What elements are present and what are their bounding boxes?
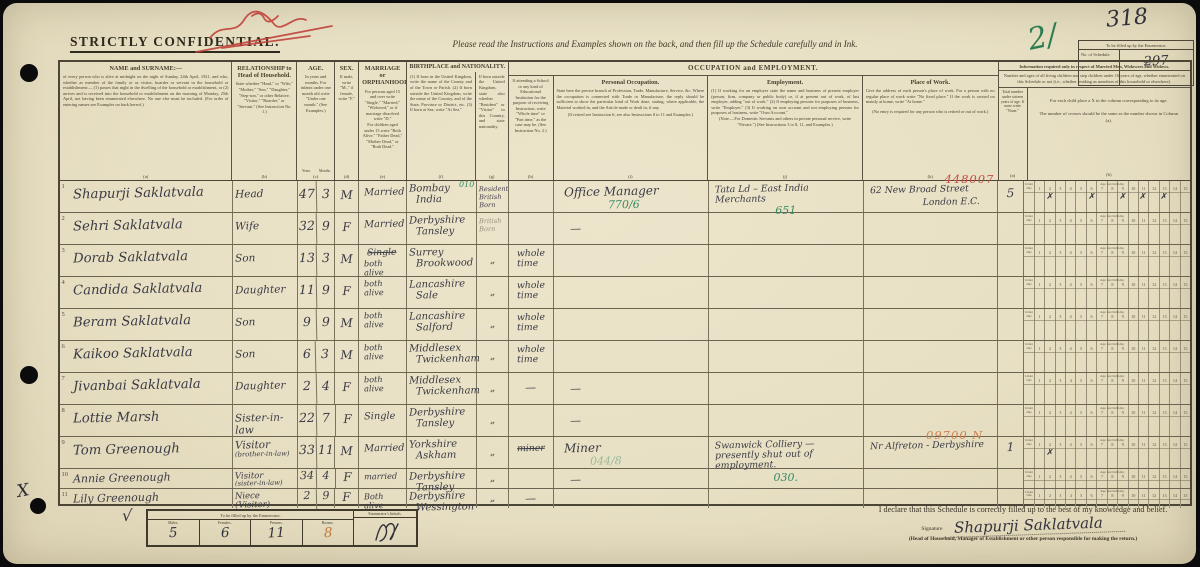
age-grid-col-under-one: Under One [1024, 373, 1033, 404]
age-months-value: 9 [315, 213, 335, 244]
age-last-birthday-caption: Age last birthday [1100, 246, 1124, 250]
children-grid-cell: Under One123456789101112131415Age last b… [1024, 181, 1190, 212]
total-children-label: Total number under sixteen years of age.… [1001, 90, 1024, 114]
fill-instruction-text: Please read the Instructions and Example… [385, 39, 925, 49]
age-grid-number: 9 [1118, 186, 1127, 191]
child-age-cross: ✗ [1088, 192, 1096, 203]
age-grid-number: 3 [1056, 493, 1065, 498]
children-grid-cell: Under One123456789101112131415Age last b… [1024, 341, 1190, 372]
children-age-grid: Under One123456789101112131415Age last b… [1024, 437, 1190, 468]
age-grid-col: 11 [1138, 405, 1148, 436]
age-grid-col: 12 [1148, 277, 1158, 308]
age-months-label: Months. [316, 169, 334, 173]
occupation-cell [554, 489, 709, 509]
age-grid-number: 2 [1045, 282, 1054, 287]
age-grid-number: 6 [1087, 474, 1096, 479]
age-years-value: 13 [297, 245, 316, 276]
birthplace-town: Tansley [409, 225, 474, 237]
table-body: 1Shapurji SaklatvalaHead473MMarried010Bo… [60, 181, 1190, 508]
place-of-work-cell [864, 245, 999, 276]
place-of-work-cell [864, 213, 999, 244]
age-years-value: 2 [297, 373, 316, 404]
age-grid-col: 15 [1180, 405, 1190, 436]
age-grid-number: 4 [1066, 186, 1075, 191]
age-grid-col: 11 [1138, 341, 1148, 372]
sex-cell: M [335, 309, 359, 340]
age-grid-number: 5 [1076, 493, 1085, 498]
age-grid-col-under-one: Under One [1024, 437, 1033, 468]
age-grid-col: 9 [1117, 213, 1127, 244]
person-name: Sehri Saklatvala [62, 212, 230, 235]
age-grid-col: 3 [1055, 437, 1065, 468]
age-grid-number: 15 [1181, 378, 1190, 383]
age-grid-number: 11 [1139, 378, 1148, 383]
ditto-mark: „ [479, 406, 506, 427]
age-grid-col: 3 [1055, 405, 1065, 436]
age-grid-number: 14 [1170, 410, 1179, 415]
age-grid-col: 14 [1169, 309, 1179, 340]
place-of-work-value-2: London E.C. [866, 194, 996, 210]
birthplace-cell: YorkshireAskham [407, 437, 477, 468]
age-grid-col: 4 [1065, 437, 1075, 468]
person-name: Jivanbai Saklatvala [62, 372, 230, 395]
age-grid-number: 12 [1149, 186, 1158, 191]
age-grid-number: 10 [1129, 410, 1138, 415]
marriage-cell: both alive [359, 341, 407, 372]
age-grid-number: 4 [1066, 314, 1075, 319]
place-of-work-cell: 44800762 New Broad StreetLondon E.C. [864, 181, 999, 212]
age-grid-number: 10 [1129, 282, 1138, 287]
age-months-value: 4 [315, 373, 335, 404]
persons-value: 11 [251, 523, 302, 542]
age-grid-number: 7 [1097, 186, 1106, 191]
age-grid-divider [1024, 288, 1190, 289]
age-grid-col: 4 [1065, 309, 1075, 340]
age-grid-divider [1024, 256, 1190, 257]
employment-value: Swanwick Colliery — presently shut out o… [711, 436, 861, 472]
age-grid-number: 6 [1087, 493, 1096, 498]
employment-cell [709, 373, 864, 404]
sex-value: M [337, 310, 356, 331]
age-grid-number: 13 [1160, 218, 1169, 223]
age-grid-col: 1 [1034, 405, 1044, 436]
children-age-grid: Under One123456789101112131415Age last b… [1024, 469, 1190, 488]
age-grid-col: 1 [1034, 213, 1044, 244]
sex-cell: M [335, 437, 359, 468]
age-grid-number: 14 [1170, 218, 1179, 223]
child-age-cross: ✗ [1046, 448, 1054, 459]
age-grid-col: 15 [1180, 341, 1190, 372]
age-grid-number: 15 [1181, 314, 1190, 319]
age-grid-number: 6 [1087, 218, 1096, 223]
age-grid-number: 11 [1139, 442, 1148, 447]
age-grid-number: 13 [1160, 346, 1169, 351]
age-grid-col: 14 [1169, 245, 1179, 276]
relationship-value: Daughter [234, 277, 294, 297]
col-header-sex: SEX. If male, write "M.," if female, wri… [335, 62, 359, 180]
age-grid-col: 1 [1034, 181, 1044, 212]
age-grid-col: 12 [1148, 341, 1158, 372]
age-grid-col: 1 [1034, 277, 1044, 308]
age-grid-col: 8 [1107, 341, 1117, 372]
age-grid-number: 13 [1160, 493, 1169, 498]
birthplace-town: Askham [409, 449, 474, 461]
relationship-cell: Niece (Visitor) [233, 489, 298, 509]
enumerator-box-title: To be filled up by the Enumerator. [148, 511, 353, 520]
age-months-value: 9 [315, 488, 334, 508]
age-grid-number: 3 [1056, 186, 1065, 191]
age-grid-col: 11 [1138, 469, 1148, 488]
ditto-mark: „ [479, 489, 506, 504]
occupation-group-title: OCCUPATION and EMPLOYMENT. [509, 62, 998, 76]
place-of-work-value: Nr Alfreton - Derbyshire [865, 437, 995, 453]
age-grid-col: 14 [1169, 469, 1179, 488]
table-row: 10Annie GreenoughVisitor(sister-in-law)3… [60, 469, 1190, 489]
relationship-value: Son [234, 341, 294, 361]
total-children-cell [998, 245, 1024, 276]
age-grid-number: 8 [1108, 493, 1117, 498]
age-cell: 329 [298, 213, 336, 244]
age-grid-col: 6 [1086, 437, 1096, 468]
occupation-cell: — [554, 469, 709, 488]
age-grid-col: 12 [1148, 213, 1158, 244]
col-letter: (i) [554, 174, 708, 179]
age-grid-number: 2 [1045, 410, 1054, 415]
age-grid-columns: Under One123456789101112131415 [1024, 277, 1190, 308]
table-row: 6Kaikoo SaklatvalaSon63Mboth aliveMiddle… [60, 341, 1190, 373]
age-grid-col: 12 [1148, 181, 1158, 212]
sex-value: F [337, 470, 356, 485]
age-grid-col: 5 [1075, 437, 1085, 468]
sex-cell: F [335, 277, 359, 308]
name-cell: 4Candida Saklatvala [60, 277, 233, 308]
occupation-dash: — [556, 404, 706, 427]
married-section-bottom: Total number under sixteen years of age.… [999, 88, 1190, 180]
total-children-value: 5 [1000, 182, 1021, 201]
sex-col-title: SEX. [338, 65, 355, 72]
employment-cell [709, 245, 864, 276]
under-one-label: Under One [1024, 471, 1033, 478]
col-letter: (a) [60, 174, 231, 179]
marriage-cell: Single [359, 405, 407, 436]
children-age-grid: Under One123456789101112131415Age last b… [1024, 309, 1190, 340]
education-cell: — [509, 489, 554, 509]
age-grid-number: 7 [1097, 282, 1106, 287]
place-of-work-cell [864, 341, 999, 372]
age-grid-number: 2 [1045, 250, 1054, 255]
age-grid-number: 4 [1066, 282, 1075, 287]
age-last-birthday-caption: Age last birthday [1100, 406, 1124, 410]
age-grid-number: 8 [1108, 282, 1117, 287]
education-cell [509, 405, 554, 436]
signature-label: Signature [921, 526, 942, 532]
children-grid-cell: Under One123456789101112131415Age last b… [1024, 277, 1190, 308]
age-cell: 24 [298, 373, 336, 404]
age-grid-number: 7 [1097, 314, 1106, 319]
name-cell: 7Jivanbai Saklatvala [60, 373, 233, 404]
col-header-marriage: MARRIAGE or ORPHANHOOD. For persons aged… [359, 62, 407, 180]
age-grid-col: 1 [1034, 437, 1044, 468]
birthplace-cell: DerbyshireTansley [407, 469, 477, 488]
age-grid-number: 4 [1066, 474, 1075, 479]
marriage-cell: Singleboth alive [359, 245, 407, 276]
age-grid-col: 2 [1044, 309, 1054, 340]
age-months-value: 9 [315, 277, 335, 308]
occupation-cell: — [554, 405, 709, 436]
age-grid-number: 4 [1066, 378, 1075, 383]
age-grid-col: 14 [1169, 405, 1179, 436]
age-grid-col: 2 [1044, 341, 1054, 372]
place-of-work-title: Place of Work. [866, 79, 995, 86]
age-grid-number: 2 [1045, 186, 1054, 191]
age-grid-col: 5 [1075, 181, 1085, 212]
birthplace-town: Twickenham [409, 385, 474, 397]
age-grid-number: 1 [1035, 474, 1044, 479]
nationality-cell: „ [477, 373, 509, 404]
age-grid-col: 13 [1159, 341, 1169, 372]
age-grid-col: 3 [1055, 181, 1065, 212]
age-grid-number: 12 [1149, 314, 1158, 319]
birthplace-town: Tansley [409, 417, 474, 429]
education-col-instructions: If attending a School or any kind of Edu… [512, 78, 550, 133]
age-grid-number: 10 [1129, 493, 1138, 498]
age-grid-col: 6 [1086, 469, 1096, 488]
age-grid-number: 15 [1181, 442, 1190, 447]
age-last-birthday-caption: Age last birthday [1100, 182, 1124, 186]
age-grid-number: 11 [1139, 218, 1148, 223]
age-grid-col-under-one: Under One [1024, 469, 1033, 488]
age-grid-number: 14 [1170, 186, 1179, 191]
age-grid-col: 2 [1044, 245, 1054, 276]
marriage-value: both alive [361, 258, 404, 278]
sex-cell: M [335, 181, 359, 212]
age-grid-col: 14 [1169, 213, 1179, 244]
check-annotation-mark: √ [121, 506, 133, 526]
age-grid-number: 10 [1129, 378, 1138, 383]
children-grid-cell: Under One123456789101112131415Age last b… [1024, 309, 1190, 340]
age-grid-col: 9 [1117, 245, 1127, 276]
age-cell: 344 [298, 469, 336, 488]
place-of-work-cell: Place of Work. Give the address of each … [863, 76, 998, 180]
age-grid-number: 5 [1076, 186, 1085, 191]
marriage-cell: both alive [359, 277, 407, 308]
sex-cell: F [335, 373, 359, 404]
age-grid-col: 8 [1107, 373, 1117, 404]
age-grid-col: 6 [1086, 245, 1096, 276]
age-grid-col: 15 [1180, 245, 1190, 276]
birthplace-cell: MiddlesexTwickenham [407, 373, 477, 404]
age-grid-number: 3 [1056, 410, 1065, 415]
rooms-count-cell: Rooms. 8 [303, 520, 354, 545]
marriage-cell: married [359, 469, 407, 488]
age-grid-number: 12 [1149, 218, 1158, 223]
place-of-work-cell: 09700 NNr Alfreton - Derbyshire [864, 437, 999, 468]
age-grid-col: 3 [1055, 341, 1065, 372]
age-grid-number: 1 [1035, 493, 1044, 498]
occupation-cell [554, 341, 709, 372]
census-table: NAME and SURNAME:— of every person who i… [58, 60, 1192, 506]
age-grid-col: 11 [1138, 277, 1148, 308]
age-grid-number: 1 [1035, 250, 1044, 255]
person-name: Lily Greenough [62, 488, 230, 506]
age-grid-number: 1 [1035, 442, 1044, 447]
sex-value: M [337, 342, 356, 363]
age-years-value: 6 [297, 341, 316, 372]
age-grid-number: 8 [1108, 186, 1117, 191]
relationship-cell: Head [233, 181, 298, 212]
signature-handwritten: Shapurji Saklatvala [944, 513, 1125, 538]
age-grid-number: 11 [1139, 186, 1148, 191]
nationality-cell: Resident British Born [477, 181, 509, 212]
age-grid-col: 15 [1180, 469, 1190, 488]
total-children-cell: 5 [998, 181, 1024, 212]
table-header: NAME and SURNAME:— of every person who i… [60, 62, 1190, 181]
birthplace-town: Salford [409, 321, 474, 333]
personal-occupation-instructions: State here the precise branch of Profess… [557, 88, 705, 110]
age-grid-col-under-one: Under One [1024, 277, 1033, 308]
age-grid-number: 11 [1139, 474, 1148, 479]
age-grid-col: 6 [1086, 373, 1096, 404]
total-children-cell [998, 341, 1024, 372]
education-cell [509, 213, 554, 244]
nationality-cell: British Born [477, 213, 509, 244]
age-grid-divider [1024, 416, 1190, 417]
page-number: 318 [1105, 4, 1149, 33]
sex-col-instructions: If male, write "M.," if female, write "F… [338, 74, 355, 102]
age-cell: 133 [298, 245, 336, 276]
age-grid-number: 15 [1181, 186, 1190, 191]
sex-value: F [337, 489, 356, 504]
age-grid-number: 3 [1056, 250, 1065, 255]
age-grid-col: 8 [1107, 405, 1117, 436]
nationality-cell: „ [477, 277, 509, 308]
age-grid-number: 15 [1181, 474, 1190, 479]
age-grid-number: 7 [1097, 493, 1106, 498]
marriage-col-instructions-2: For children aged under 15 write "Both A… [362, 122, 403, 150]
age-grid-number: 14 [1170, 474, 1179, 479]
birthplace-town: Brookwood [409, 257, 474, 269]
employment-cell: Employment. (1) If working for an employ… [708, 76, 863, 180]
ditto-mark: „ [479, 438, 506, 459]
age-grid-col: 8 [1107, 309, 1117, 340]
married-section-subtitle: Number and ages of all living children a… [999, 71, 1190, 87]
age-grid-col: 15 [1180, 437, 1190, 468]
employment-cell [709, 469, 864, 488]
age-grid-number: 9 [1118, 474, 1127, 479]
age-grid-col: 5 [1075, 373, 1085, 404]
age-grid-number: 8 [1108, 346, 1117, 351]
birthplace-town: Wessington [409, 501, 474, 513]
age-grid-number: 9 [1118, 282, 1127, 287]
age-years-value: 47 [297, 181, 316, 212]
relationship-cell: Visitor(brother-in-law) [233, 437, 298, 468]
table-row: 4Candida SaklatvalaDaughter119Fboth aliv… [60, 277, 1190, 309]
table-row: 2Sehri SaklatvalaWife329FMarriedDerbyshi… [60, 213, 1190, 245]
age-grid-number: 11 [1139, 493, 1148, 498]
birthplace-instructions-cell: (1) If born in the United Kingdom, write… [407, 72, 476, 180]
females-value: 6 [199, 523, 250, 542]
age-grid-number: 14 [1170, 282, 1179, 287]
education-value: whole time [511, 246, 551, 270]
age-grid-number: 6 [1087, 442, 1096, 447]
age-grid-col: 8 [1107, 245, 1117, 276]
age-grid-col-under-one: Under One [1024, 213, 1033, 244]
age-grid-divider [1024, 499, 1190, 500]
name-cell: 5Beram Saklatvala [60, 309, 233, 340]
age-grid-col: 15 [1180, 309, 1190, 340]
age-grid-number: 13 [1160, 314, 1169, 319]
birthplace-cell: DerbyshireWessington [407, 489, 477, 509]
age-grid-number: 13 [1160, 474, 1169, 479]
col-header-birthplace-group: BIRTHPLACE and NATIONALITY. (1) If born … [407, 62, 509, 180]
age-grid-number: 14 [1170, 314, 1179, 319]
age-grid-col: 13 [1159, 309, 1169, 340]
col-header-occupation-group: OCCUPATION and EMPLOYMENT. If attending … [509, 62, 999, 180]
marriage-cell: both alive [359, 373, 407, 404]
age-grid-col: 13 [1159, 373, 1169, 404]
age-grid-col: 12 [1148, 469, 1158, 488]
age-grid-col: 14 [1169, 277, 1179, 308]
total-children-cell [998, 373, 1024, 404]
nationality-cell: „ [477, 309, 509, 340]
age-grid-number: 1 [1035, 186, 1044, 191]
age-grid-col: 5 [1075, 245, 1085, 276]
age-months-value: 3 [315, 341, 335, 372]
ditto-mark: „ [479, 342, 506, 363]
age-grid-columns: Under One123456789101112131415 [1024, 341, 1190, 372]
birthplace-cell: 010BombayIndia [407, 181, 477, 212]
total-children-cell [998, 309, 1024, 340]
nationality-col-instructions: If born outside the United Kingdom, stat… [479, 74, 505, 129]
hole-punch [30, 498, 46, 514]
age-grid-col: 13 [1159, 213, 1169, 244]
person-name: Lottie Marsh [62, 404, 230, 427]
age-grid-number: 6 [1087, 314, 1096, 319]
age-col-title: AGE. [300, 65, 331, 72]
age-grid-col: 11 [1138, 437, 1148, 468]
age-grid-col: 14 [1169, 373, 1179, 404]
age-grid-columns: Under One123456789101112131415 [1024, 405, 1190, 436]
name-cell: 9Tom Greenough [60, 437, 233, 468]
age-grid-number: 14 [1170, 346, 1179, 351]
sex-cell: F [335, 213, 359, 244]
age-grid-col: 5 [1075, 277, 1085, 308]
col-letter: (e) [359, 174, 406, 179]
age-last-birthday-caption: Age last birthday [1100, 470, 1124, 474]
age-grid-number: 4 [1066, 493, 1075, 498]
age-grid-number: 12 [1149, 346, 1158, 351]
age-years-value: 11 [297, 277, 316, 308]
enumerator-initials-scribble [354, 518, 414, 544]
age-grid-number: 8 [1108, 218, 1117, 223]
education-cell: whole time [509, 277, 554, 308]
marriage-struck-value: Single [361, 246, 404, 259]
age-grid-col: 12 [1148, 309, 1158, 340]
education-cell: — [509, 373, 554, 404]
age-grid-col: 2 [1044, 277, 1054, 308]
age-grid-col: 4 [1065, 277, 1075, 308]
age-grid-col: 11 [1138, 373, 1148, 404]
age-grid-columns: Under One123456789101112131415 [1024, 373, 1190, 404]
age-cell: 119 [298, 277, 336, 308]
relationship-value: Niece (Visitor) [234, 489, 294, 511]
ditto-mark: „ [479, 470, 506, 485]
age-grid-col: 12 [1148, 373, 1158, 404]
age-grid-number: 12 [1149, 474, 1158, 479]
children-age-grid: Under One123456789101112131415Age last b… [1024, 373, 1190, 404]
age-grid-col: 4 [1065, 469, 1075, 488]
age-grid-col: 7 [1096, 437, 1106, 468]
